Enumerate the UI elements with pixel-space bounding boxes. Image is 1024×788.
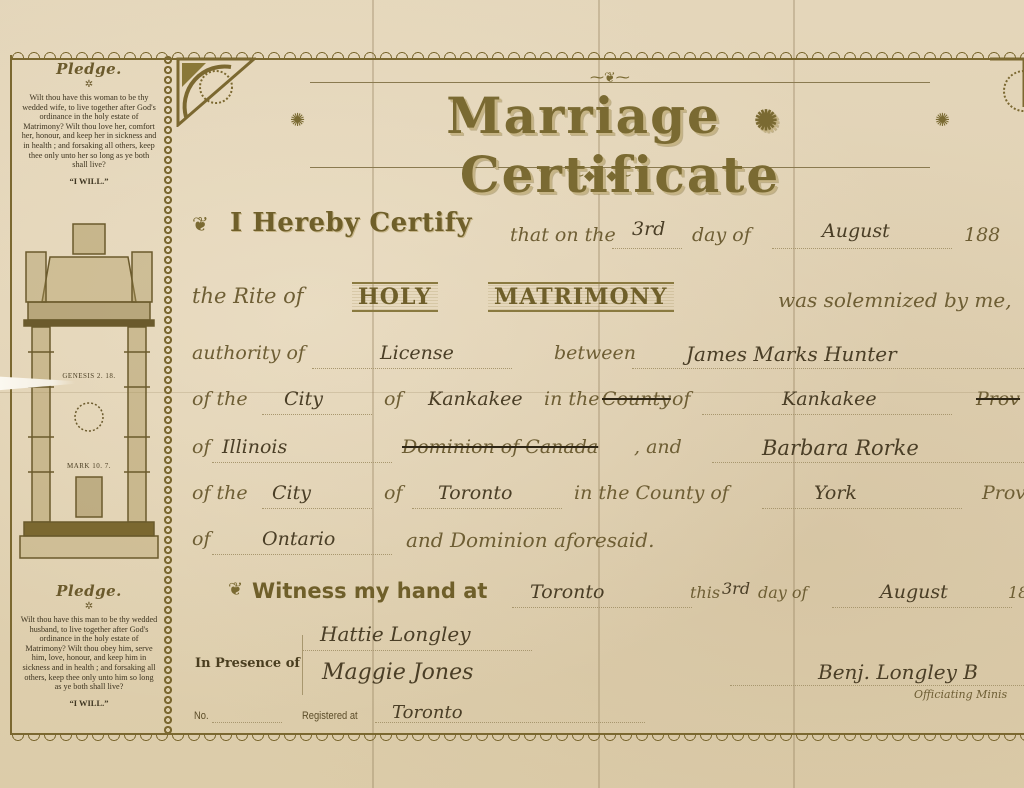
printed-text: , and	[634, 436, 682, 458]
line-groom-residence: of the City of Kankakee in the County of…	[192, 382, 1024, 422]
presence-label: In Presence of	[195, 656, 300, 671]
line-rite: the Rite of HOLY MATRIMONY was solemnize…	[192, 276, 1024, 316]
printed-text: of the	[192, 482, 248, 504]
officiant-title: Officiating Minis	[914, 688, 1007, 701]
title-word-marriage: Marriage	[446, 86, 721, 145]
handwritten-city: Toronto	[438, 482, 512, 504]
printed-text: Prov	[982, 482, 1024, 504]
registration-no-label: No.	[194, 710, 209, 722]
handwritten-day: 3rd	[632, 218, 665, 240]
handwritten-city: Kankakee	[428, 388, 523, 410]
handwritten-month: August	[822, 220, 890, 242]
floral-ornament-icon: ❦	[228, 579, 243, 600]
handwritten-groom-name: James Marks Hunter	[686, 342, 897, 366]
rosette-icon: ✺	[754, 104, 779, 137]
corner-ornament-icon	[990, 57, 1024, 127]
handwritten-place-type: City	[284, 388, 323, 410]
line-authority: authority of License between James Marks…	[192, 336, 1024, 376]
pledge-text-bride: Wilt thou have this woman to be thy wedd…	[18, 93, 160, 170]
handwritten-county: York	[814, 482, 857, 504]
handwritten-witness-2: Maggie Jones	[322, 660, 473, 685]
holy-banner: HOLY	[352, 282, 438, 312]
heading-certify: I Hereby Certify	[230, 208, 472, 238]
county-field	[762, 478, 962, 509]
officiant-signature-line	[730, 685, 1024, 686]
flourish-icon: ⁓❦⁓	[590, 70, 630, 86]
left-border	[10, 55, 15, 735]
handwritten-witness-day: 3rd	[722, 579, 750, 598]
page-title: Marriage ✺ Certificate	[290, 86, 950, 204]
pledge-answer-bride: “I WILL.”	[18, 176, 160, 186]
struck-text: Dominion of Canada	[402, 436, 598, 458]
handwritten-registered-at: Toronto	[392, 702, 463, 723]
handwritten-bride-name: Barbara Rorke	[762, 436, 919, 460]
certificate-title-block: ⁓❦⁓ ⁓◆❦◆⁓ ✺ ✺ Marriage ✺ Certificate	[290, 70, 950, 185]
struck-text: County	[602, 388, 671, 410]
line-groom-state: of Illinois Dominion of Canada , and Bar…	[192, 430, 1024, 470]
handwritten-witness-1: Hattie Longley	[320, 622, 471, 646]
printed-text: day of	[692, 224, 751, 246]
printed-text: the Rite of	[192, 284, 304, 308]
matrimony-banner: MATRIMONY	[488, 282, 674, 312]
line-bride-residence: of the City of Toronto in the County of …	[192, 476, 1024, 516]
arch-illustration-icon	[18, 222, 160, 562]
pledge-text-groom: Wilt thou have this man to be thy wedded…	[18, 615, 160, 692]
printed-year: 18	[1008, 583, 1024, 602]
registration-no-field	[212, 722, 282, 723]
pledge-title-groom: Pledge.	[18, 582, 160, 600]
pledge-title-bride: Pledge.	[18, 60, 160, 78]
handwritten-witness-place: Toronto	[530, 581, 604, 603]
scripture-reference: MARK 10. 7.	[18, 462, 160, 470]
officiant-signature: Benj. Longley B	[818, 660, 978, 684]
sidebar-pledge-groom: Pledge. ✲ Wilt thou have this man to be …	[18, 582, 160, 708]
printed-text: of	[384, 482, 402, 504]
printed-text: of the	[192, 388, 248, 410]
star-ornament-icon: ✲	[18, 601, 160, 612]
scripture-reference: GENESIS 2. 18.	[18, 372, 160, 380]
floral-ornament-icon: ❦	[192, 212, 209, 236]
registered-at-label: Registered at	[302, 710, 358, 722]
printed-text: and Dominion aforesaid.	[406, 528, 654, 552]
handwritten-place-type: City	[272, 482, 311, 504]
handwritten-authority: License	[380, 342, 454, 364]
printed-year: 188	[964, 224, 1000, 246]
presence-bracket	[302, 635, 303, 695]
star-ornament-icon: ✲	[18, 79, 160, 90]
printed-text: of	[672, 388, 690, 410]
witness-label: Witness my hand at	[252, 579, 487, 603]
printed-text: of	[192, 436, 210, 458]
handwritten-county: Kankakee	[782, 388, 877, 410]
pledge-answer-groom: “I WILL.”	[18, 698, 160, 708]
printed-text: day of	[758, 583, 807, 602]
struck-text: Prov	[976, 388, 1020, 410]
handwritten-witness-month: August	[880, 581, 948, 603]
line-certify: ❦ I Hereby Certify that on the 3rd day o…	[192, 212, 1024, 252]
printed-text: was solemnized by me,	[778, 288, 1012, 312]
printed-text: in the County of	[574, 482, 729, 504]
sidebar-chain-border	[163, 55, 173, 735]
line-bride-province: of Ontario and Dominion aforesaid.	[192, 522, 1024, 562]
handwritten-state: Illinois	[222, 436, 287, 458]
sidebar-pledges: Pledge. ✲ Wilt thou have this woman to b…	[18, 60, 160, 186]
line-witness: ❦ Witness my hand at Toronto this 3rd da…	[192, 575, 1024, 615]
corner-ornament-icon	[176, 57, 256, 127]
printed-text: authority of	[192, 342, 305, 364]
printed-text: between	[554, 342, 636, 364]
printed-text: of	[384, 388, 402, 410]
egyptian-arch-illustration: GENESIS 2. 18. MARK 10. 7.	[18, 222, 160, 562]
handwritten-province: Ontario	[262, 528, 335, 550]
printed-text: of	[192, 528, 210, 550]
printed-text: that on the	[510, 224, 616, 246]
printed-text: in the	[544, 388, 599, 410]
title-word-certificate: Certificate	[460, 145, 780, 204]
printed-text: this	[690, 583, 720, 602]
